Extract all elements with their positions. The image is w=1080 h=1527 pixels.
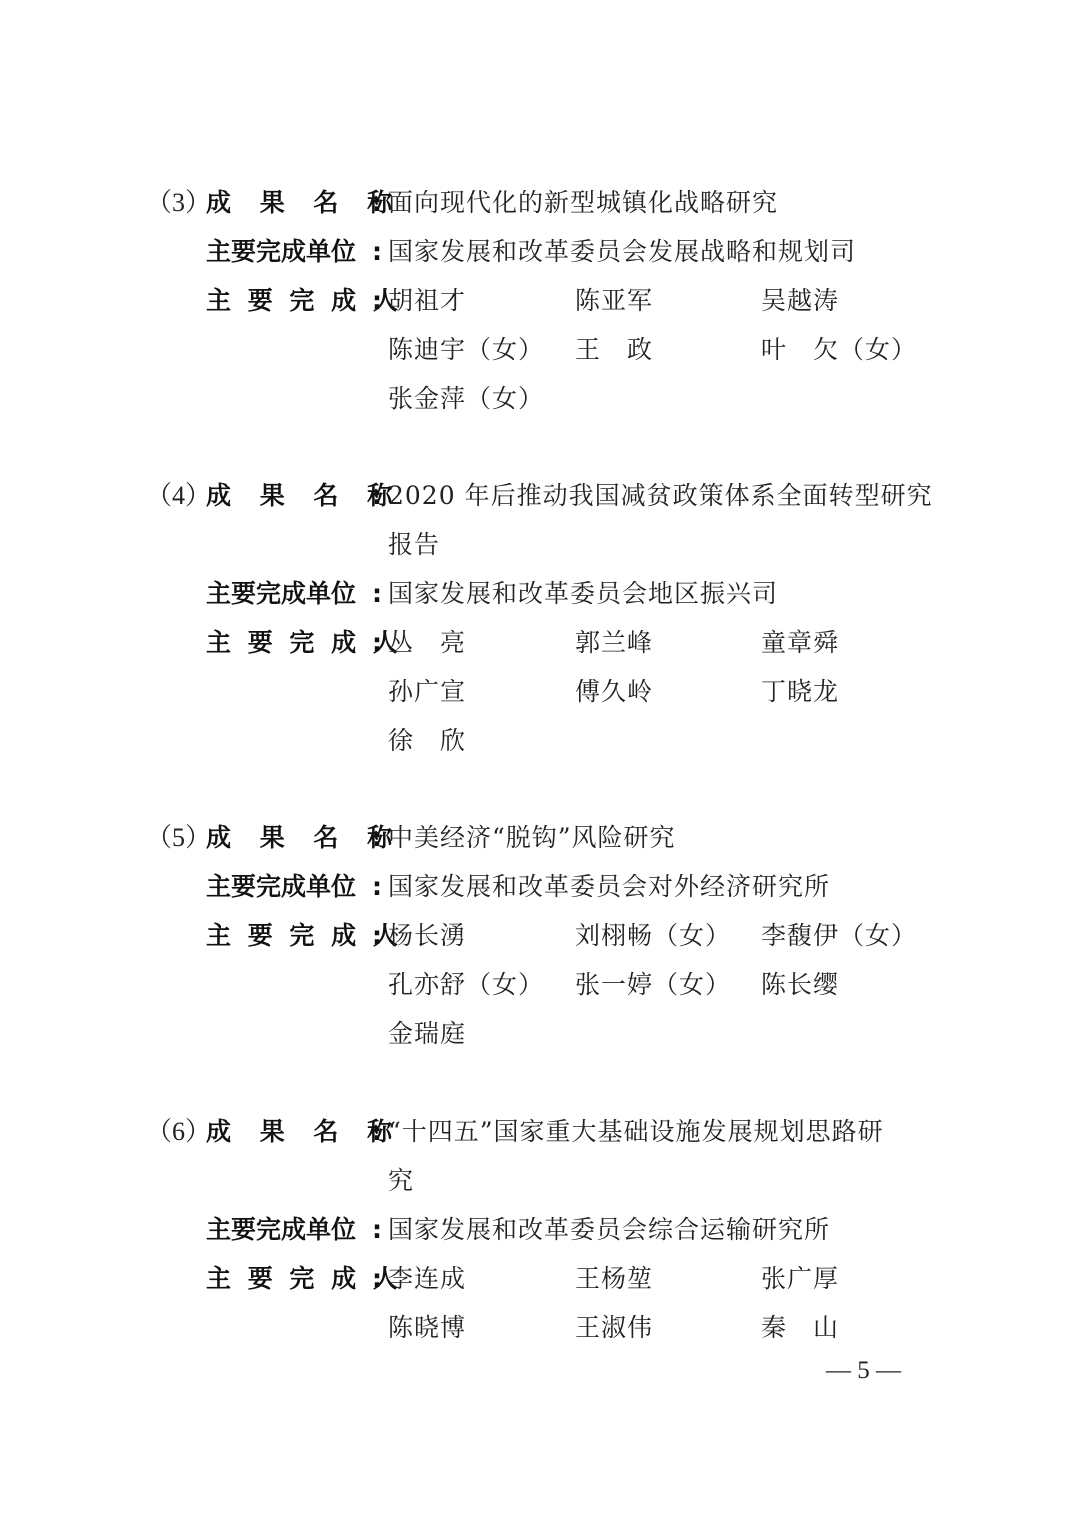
colon: : xyxy=(372,867,382,907)
person-name: 刘栩畅（女） xyxy=(575,916,731,956)
person-name: 孔亦舒（女） xyxy=(388,965,544,1005)
person-name: 丁晓龙 xyxy=(761,672,839,712)
names-line: 胡祖才 陈亚军 吴越涛 xyxy=(388,281,948,321)
page-number: — 5 — xyxy=(826,1356,901,1386)
achievement-title: 面向现代化的新型城镇化战略研究 xyxy=(388,183,778,223)
title-continuation-row: 报告 xyxy=(0,525,1080,565)
entry-index: （4） xyxy=(146,476,211,516)
person-name: 孙广宣 xyxy=(388,672,466,712)
document-page: （3） 成 果 名 称 : 面向现代化的新型城镇化战略研究 主要完成单位 : 国… xyxy=(0,0,1080,1527)
person-name: 王 政 xyxy=(575,330,653,370)
person-name: 郭兰峰 xyxy=(575,623,653,663)
colon: : xyxy=(372,183,382,223)
title-label: 成 果 名 称 xyxy=(206,1112,386,1152)
colon: : xyxy=(372,1210,382,1250)
person-name: 傅久岭 xyxy=(575,672,653,712)
person-name: 王淑伟 xyxy=(575,1308,653,1348)
person-name: 张广厚 xyxy=(761,1259,839,1299)
title-continuation-row: 究 xyxy=(0,1161,1080,1201)
person-name: 陈迪宇（女） xyxy=(388,330,544,370)
person-name: 王杨堃 xyxy=(575,1259,653,1299)
completing-unit: 国家发展和改革委员会地区振兴司 xyxy=(388,574,778,614)
colon: : xyxy=(372,916,382,956)
person-name: 童章舜 xyxy=(761,623,839,663)
title-row: （4） 成 果 名 称 : 2020 年后推动我国减贫政策体系全面转型研究 xyxy=(0,476,1080,516)
person-name: 胡祖才 xyxy=(388,281,466,321)
names-line: 张金萍（女） xyxy=(388,379,948,419)
names-line: 徐 欣 xyxy=(388,721,948,761)
achievement-title: 2020 年后推动我国减贫政策体系全面转型研究 xyxy=(388,476,933,516)
person-name: 陈亚军 xyxy=(575,281,653,321)
person-name: 杨长湧 xyxy=(388,916,466,956)
title-row: （5） 成 果 名 称 : 中美经济“脱钩”风险研究 xyxy=(0,818,1080,858)
person-name: 叶 欠（女） xyxy=(761,330,917,370)
entry-index: （3） xyxy=(146,183,211,223)
completing-unit: 国家发展和改革委员会对外经济研究所 xyxy=(388,867,830,907)
person-name: 徐 欣 xyxy=(388,721,466,761)
unit-label: 主要完成单位 xyxy=(206,232,386,272)
achievement-title-continued: 究 xyxy=(388,1161,414,1201)
person-name: 金瑞庭 xyxy=(388,1014,466,1054)
names-line: 杨长湧 刘栩畅（女） 李馥伊（女） xyxy=(388,916,948,956)
names-line: 陈迪宇（女） 王 政 叶 欠（女） xyxy=(388,330,948,370)
entry-index: （6） xyxy=(146,1112,211,1152)
colon: : xyxy=(372,281,382,321)
person-name: 李连成 xyxy=(388,1259,466,1299)
person-name: 陈长缨 xyxy=(761,965,839,1005)
person-name: 张一婷（女） xyxy=(575,965,731,1005)
title-label: 成 果 名 称 xyxy=(206,476,386,516)
completing-unit: 国家发展和改革委员会综合运输研究所 xyxy=(388,1210,830,1250)
colon: : xyxy=(372,1259,382,1299)
persons-label: 主 要 完 成 人 xyxy=(206,916,386,956)
achievement-title: “十四五”国家重大基础设施发展规划思路研 xyxy=(388,1112,884,1152)
names-line: 丛 亮 郭兰峰 童章舜 xyxy=(388,623,948,663)
unit-label: 主要完成单位 xyxy=(206,574,386,614)
person-name: 丛 亮 xyxy=(388,623,466,663)
colon: : xyxy=(372,232,382,272)
person-name: 张金萍（女） xyxy=(388,379,544,419)
colon: : xyxy=(372,574,382,614)
names-line: 金瑞庭 xyxy=(388,1014,948,1054)
persons-label: 主 要 完 成 人 xyxy=(206,281,386,321)
persons-label: 主 要 完 成 人 xyxy=(206,1259,386,1299)
title-label: 成 果 名 称 xyxy=(206,183,386,223)
person-name: 秦 山 xyxy=(761,1308,839,1348)
names-line: 孔亦舒（女） 张一婷（女） 陈长缨 xyxy=(388,965,948,1005)
unit-row: 主要完成单位 : 国家发展和改革委员会综合运输研究所 xyxy=(0,1210,1080,1250)
entry-index: （5） xyxy=(146,818,211,858)
person-name: 陈晓博 xyxy=(388,1308,466,1348)
achievement-title: 中美经济“脱钩”风险研究 xyxy=(388,818,676,858)
person-name: 吴越涛 xyxy=(761,281,839,321)
achievement-title-continued: 报告 xyxy=(388,525,440,565)
colon: : xyxy=(372,818,382,858)
unit-row: 主要完成单位 : 国家发展和改革委员会发展战略和规划司 xyxy=(0,232,1080,272)
completing-unit: 国家发展和改革委员会发展战略和规划司 xyxy=(388,232,856,272)
unit-label: 主要完成单位 xyxy=(206,867,386,907)
names-line: 李连成 王杨堃 张广厚 xyxy=(388,1259,948,1299)
title-row: （6） 成 果 名 称 : “十四五”国家重大基础设施发展规划思路研 xyxy=(0,1112,1080,1152)
person-name: 李馥伊（女） xyxy=(761,916,917,956)
unit-label: 主要完成单位 xyxy=(206,1210,386,1250)
names-line: 孙广宣 傅久岭 丁晓龙 xyxy=(388,672,948,712)
persons-label: 主 要 完 成 人 xyxy=(206,623,386,663)
unit-row: 主要完成单位 : 国家发展和改革委员会对外经济研究所 xyxy=(0,867,1080,907)
title-label: 成 果 名 称 xyxy=(206,818,386,858)
unit-row: 主要完成单位 : 国家发展和改革委员会地区振兴司 xyxy=(0,574,1080,614)
colon: : xyxy=(372,623,382,663)
title-row: （3） 成 果 名 称 : 面向现代化的新型城镇化战略研究 xyxy=(0,183,1080,223)
colon: : xyxy=(372,476,382,516)
colon: : xyxy=(372,1112,382,1152)
names-line: 陈晓博 王淑伟 秦 山 xyxy=(388,1308,948,1348)
